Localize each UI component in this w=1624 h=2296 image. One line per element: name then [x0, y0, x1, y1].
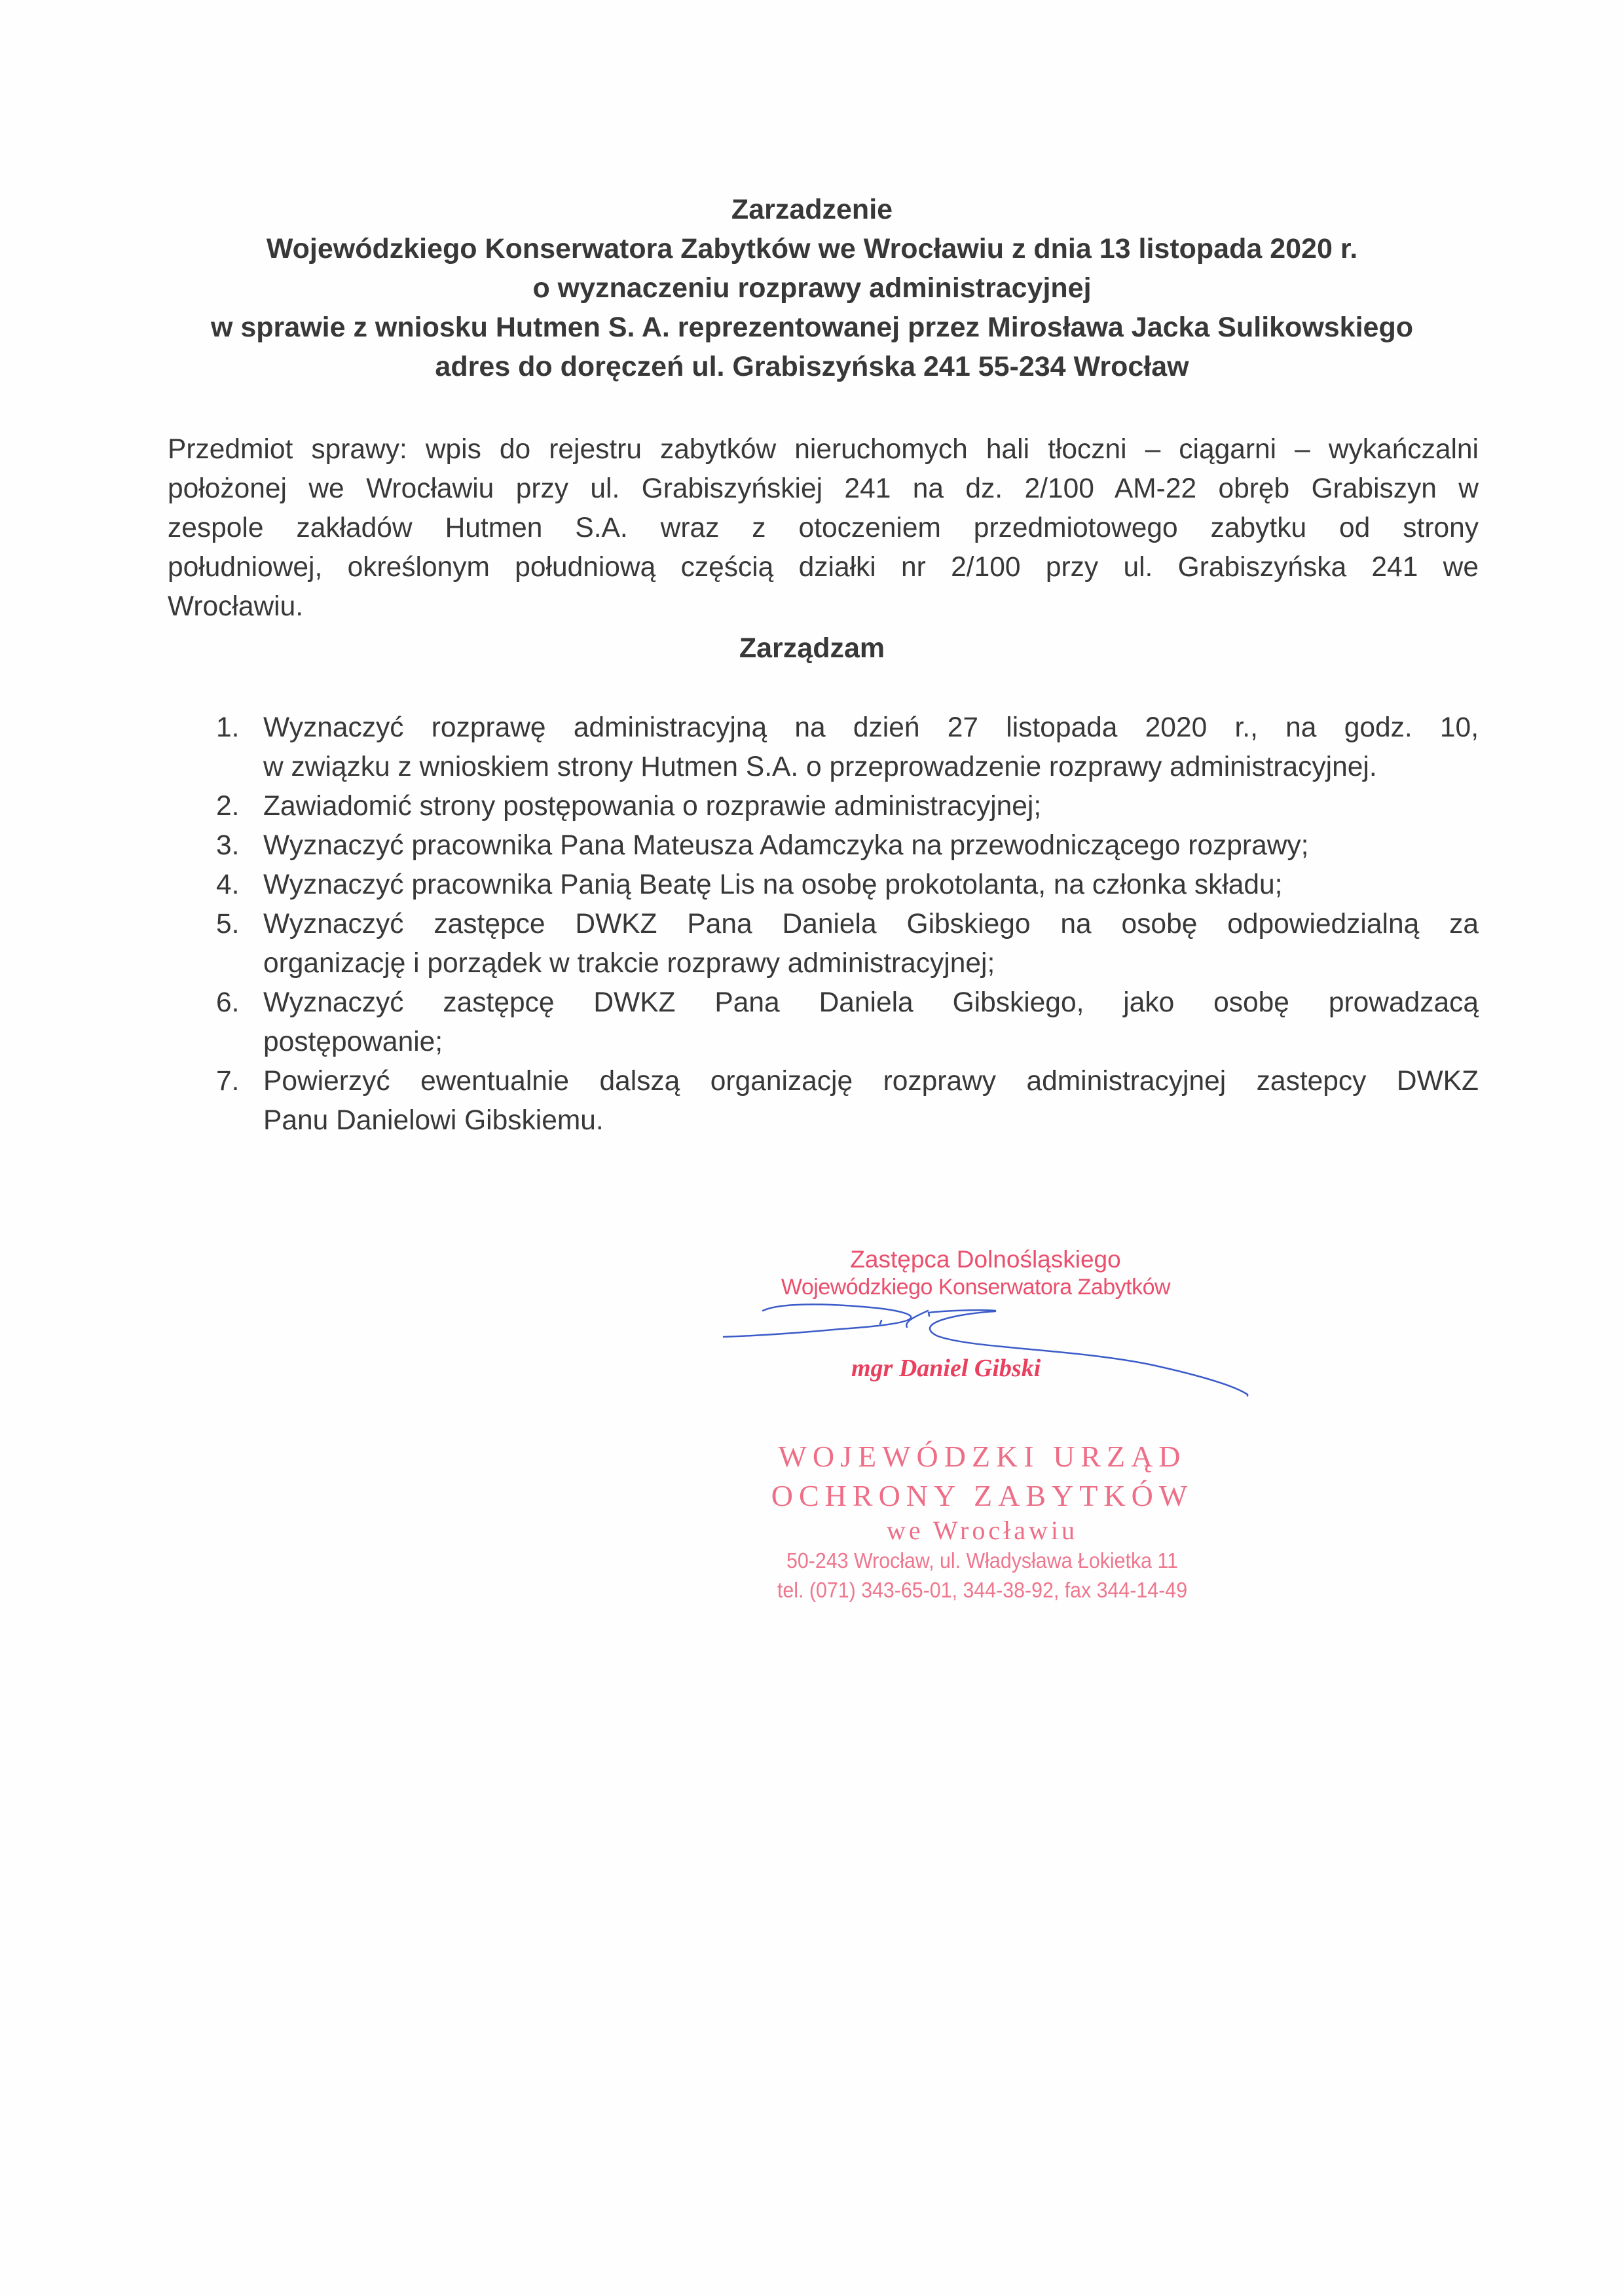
list-item-line: Wyznaczyć zastępce DWKZ Pana Daniela Gib…: [263, 905, 1479, 944]
office-stamp-address: 50-243 Wrocław, ul. Władysława Łokietka …: [760, 1546, 1206, 1575]
subject-paragraph: Przedmiot sprawy: wpis do rejestru zabyt…: [168, 430, 1479, 627]
list-number: 4.: [216, 866, 239, 905]
list-item: 1. Wyznaczyć rozprawę administracyjną na…: [216, 708, 1479, 787]
signature-stamp-title: Zastępca Dolnośląskiego: [773, 1245, 1198, 1274]
signature-stamp-name: mgr Daniel Gibski: [851, 1354, 1041, 1383]
heading-subject: o wyznaczeniu rozprawy administracyjnej: [98, 268, 1526, 308]
list-item: 4. Wyznaczyć pracownika Panią Beatę Lis …: [216, 866, 1479, 905]
document-heading: Zarzadzenie Wojewódzkiego Konserwatora Z…: [98, 190, 1526, 386]
office-stamp-city: we Wrocławiu: [740, 1516, 1225, 1546]
subject-line: południowej, określonym południową częśc…: [168, 548, 1479, 587]
document-page: Zarzadzenie Wojewódzkiego Konserwatora Z…: [0, 0, 1624, 2296]
list-number: 2.: [216, 787, 239, 826]
heading-title: Zarzadzenie: [98, 190, 1526, 229]
office-stamp-line2: OCHRONY ZABYTKÓW: [740, 1476, 1225, 1516]
list-number: 5.: [216, 905, 239, 944]
list-item: 6. Wyznaczyć zastępcę DWKZ Pana Daniela …: [216, 983, 1479, 1062]
list-item-line: Panu Danielowi Gibskiemu.: [263, 1101, 1479, 1140]
list-item-line: organizację i porządek w trakcie rozpraw…: [263, 944, 1479, 983]
list-item: 7. Powierzyć ewentualnie dalszą organiza…: [216, 1062, 1479, 1140]
office-stamp: WOJEWÓDZKI URZĄD OCHRONY ZABYTKÓW we Wro…: [740, 1437, 1225, 1605]
list-item-line: Wyznaczyć zastępcę DWKZ Pana Daniela Gib…: [263, 983, 1479, 1023]
heading-address: adres do doręczeń ul. Grabiszyńska 241 5…: [98, 347, 1526, 386]
subject-line: Wrocławiu.: [168, 587, 1479, 627]
subject-line: Przedmiot sprawy: wpis do rejestru zabyt…: [168, 430, 1479, 469]
list-item-line: w związku z wnioskiem strony Hutmen S.A.…: [263, 748, 1479, 787]
heading-applicant: w sprawie z wniosku Hutmen S. A. repreze…: [98, 308, 1526, 347]
subject-line: położonej we Wrocławiu przy ul. Grabiszy…: [168, 469, 1479, 509]
list-item-line: Zawiadomić strony postępowania o rozpraw…: [263, 787, 1479, 826]
subject-line: zespole zakładów Hutmen S.A. wraz z otoc…: [168, 509, 1479, 548]
list-number: 7.: [216, 1062, 239, 1101]
office-stamp-contact: tel. (071) 343-65-01, 344-38-92, fax 344…: [760, 1575, 1206, 1605]
office-stamp-line1: WOJEWÓDZKI URZĄD: [740, 1437, 1225, 1476]
order-list: 1. Wyznaczyć rozprawę administracyjną na…: [216, 708, 1479, 1140]
list-number: 6.: [216, 983, 239, 1023]
list-item-line: Wyznaczyć pracownika Pana Mateusza Adamc…: [263, 826, 1479, 866]
list-item: 2. Zawiadomić strony postępowania o rozp…: [216, 787, 1479, 826]
order-title: Zarządzam: [98, 629, 1526, 668]
list-item-line: Powierzyć ewentualnie dalszą organizację…: [263, 1062, 1479, 1101]
list-item: 5. Wyznaczyć zastępce DWKZ Pana Daniela …: [216, 905, 1479, 983]
list-item-line: Wyznaczyć rozprawę administracyjną na dz…: [263, 708, 1479, 748]
list-item-line: Wyznaczyć pracownika Panią Beatę Lis na …: [263, 866, 1479, 905]
signature-stamp-office: Wojewódzkiego Konserwatora Zabytków: [760, 1273, 1192, 1302]
list-number: 3.: [216, 826, 239, 866]
list-item-line: postępowanie;: [263, 1023, 1479, 1062]
heading-authority: Wojewódzkiego Konserwatora Zabytków we W…: [98, 229, 1526, 268]
list-number: 1.: [216, 708, 239, 748]
list-item: 3. Wyznaczyć pracownika Pana Mateusza Ad…: [216, 826, 1479, 866]
